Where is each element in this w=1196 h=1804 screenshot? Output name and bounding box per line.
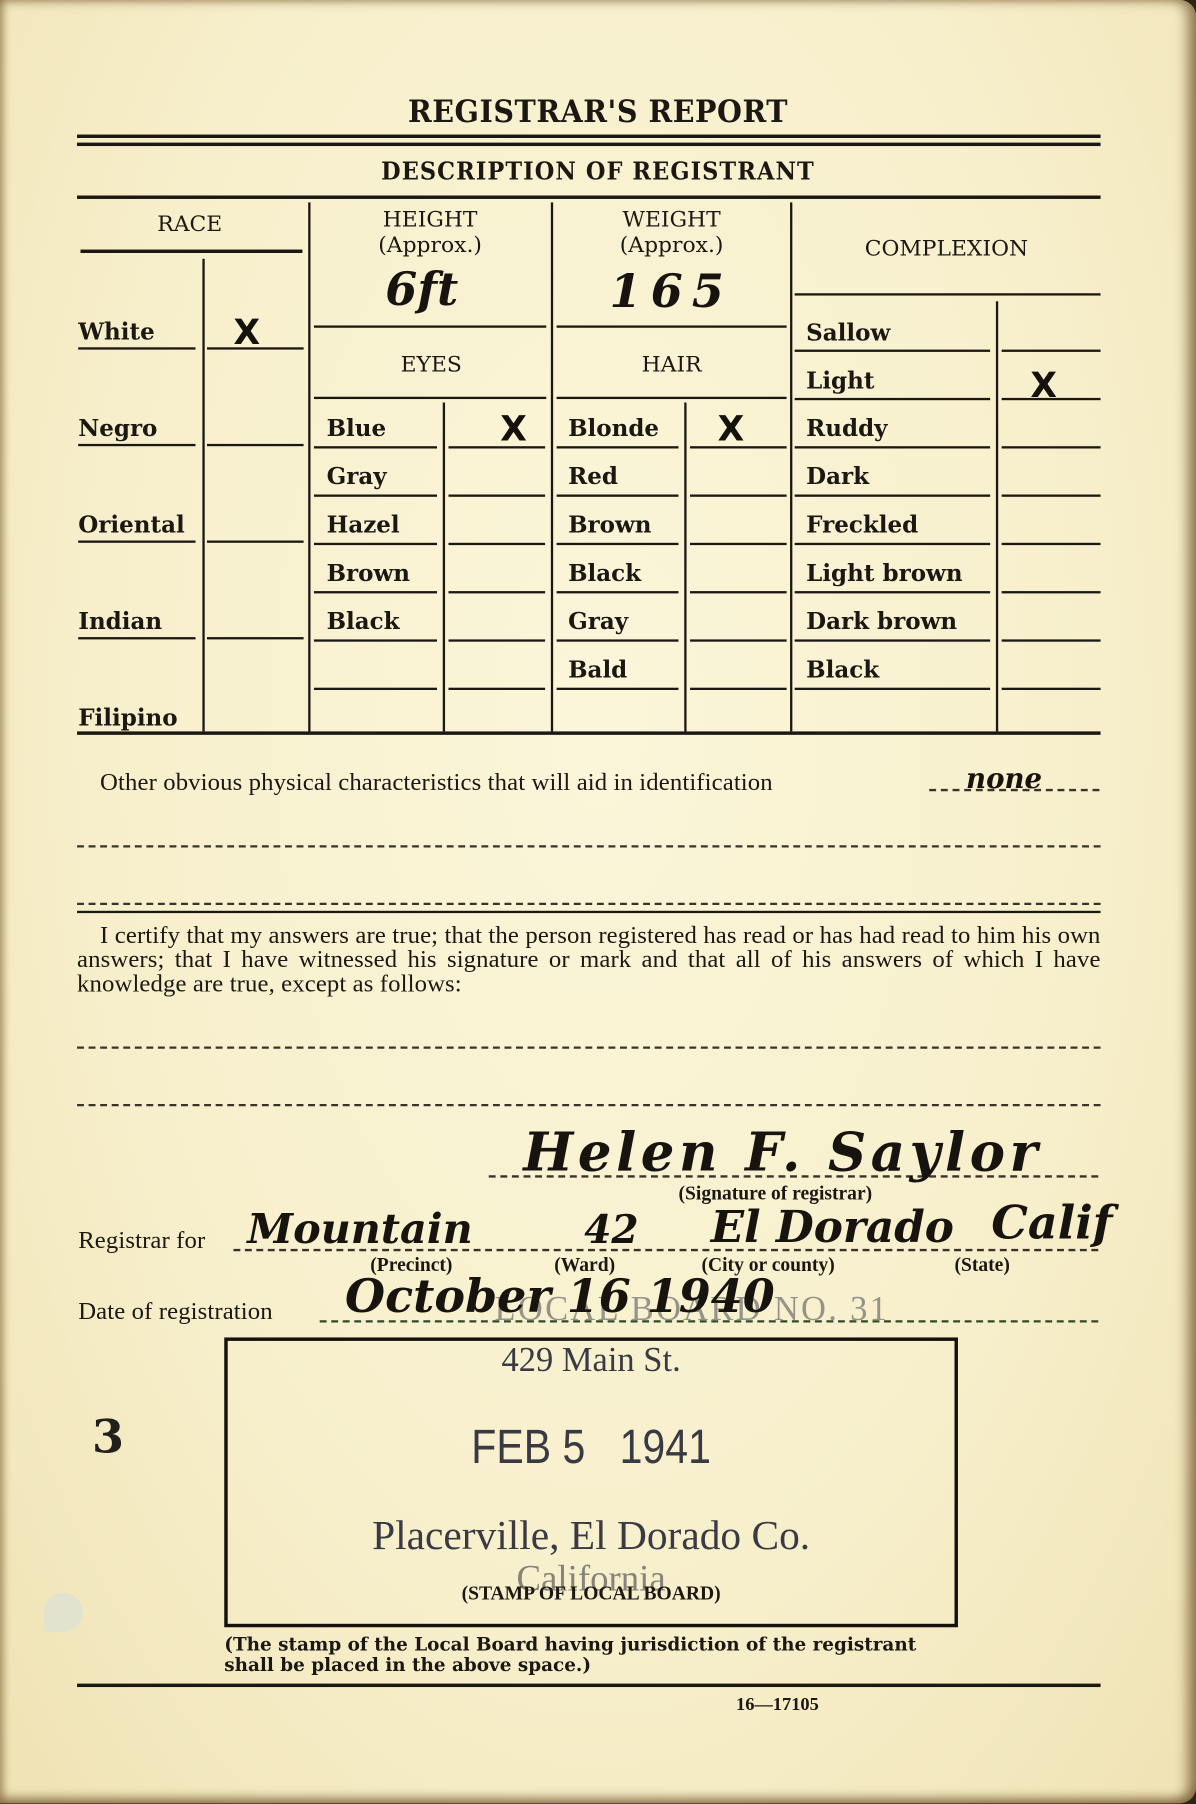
complexion-option-light-brown: Light brown xyxy=(806,559,962,587)
page-title: REGISTRAR'S REPORT xyxy=(48,94,1148,130)
height-header: HEIGHT (Approx.) xyxy=(311,207,550,258)
stamp-note: (The stamp of the Local Board having jur… xyxy=(224,1634,972,1675)
complexion-option-freckled: Freckled xyxy=(806,511,918,539)
race-negro-checkbox[interactable] xyxy=(207,444,304,446)
complexion-header-rule xyxy=(795,293,1101,295)
precinct-value[interactable]: Mountain xyxy=(247,1205,472,1253)
hair-option-gray: Gray xyxy=(568,607,628,635)
exceptions-line-1[interactable] xyxy=(77,1047,1100,1049)
col-divider xyxy=(684,403,686,732)
eyes-option-black: Black xyxy=(327,607,400,635)
registrar-signature[interactable]: Helen F. Saylor xyxy=(523,1121,1042,1183)
date-of-registration-label: Date of registration xyxy=(78,1300,273,1324)
eyes-blue-checkbox[interactable]: X xyxy=(500,409,527,449)
complexion-header: COMPLEXION xyxy=(792,236,1100,261)
section-title: DESCRIPTION OF REGISTRANT xyxy=(42,156,1154,185)
hair-option-bald: Bald xyxy=(568,656,627,684)
hair-header-rule xyxy=(557,397,787,399)
stamp-caption: (STAMP OF LOCAL BOARD) xyxy=(228,1582,955,1605)
exceptions-line-2[interactable] xyxy=(77,1104,1100,1106)
race-option-indian: Indian xyxy=(78,607,162,635)
table-top-rule xyxy=(77,196,1100,199)
complexion-option-black: Black xyxy=(806,656,879,684)
col-divider xyxy=(202,259,204,732)
other-characteristics-label: Other obvious physical characteristics t… xyxy=(100,771,773,795)
race-header-rule xyxy=(81,250,303,253)
col-divider xyxy=(551,202,553,731)
complexion-option-dark: Dark xyxy=(806,462,869,490)
hair-option-brown: Brown xyxy=(568,511,651,539)
state-caption: (State) xyxy=(955,1254,1010,1277)
other-characteristics-line-2[interactable] xyxy=(77,845,1100,847)
race-white-checkbox[interactable]: X xyxy=(233,313,260,353)
hair-blonde-checkbox[interactable]: X xyxy=(718,409,745,449)
table-bottom-rule xyxy=(77,731,1100,734)
weight-header: WEIGHT (Approx.) xyxy=(553,207,790,258)
registration-card: REGISTRAR'S REPORT DESCRIPTION OF REGIST… xyxy=(0,0,1196,1803)
eyes-header-rule xyxy=(314,397,546,399)
race-header: RACE xyxy=(81,212,300,237)
hair-option-blonde: Blonde xyxy=(568,414,659,442)
race-option-oriental: Oriental xyxy=(78,511,185,539)
title-double-rule-bottom xyxy=(77,143,1100,146)
certification-text: I certify that my answers are true; that… xyxy=(77,923,1100,995)
height-value[interactable]: 6ft xyxy=(385,262,458,316)
complexion-option-dark-brown: Dark brown xyxy=(806,607,957,635)
weight-value[interactable]: 165 xyxy=(610,265,734,319)
hair-option-red: Red xyxy=(568,462,618,490)
stamp-city: Placerville, El Dorado Co. xyxy=(228,1511,955,1559)
margin-mark: 3 xyxy=(92,1410,124,1464)
col-divider xyxy=(308,202,310,731)
stamp-address: 429 Main St. xyxy=(228,1341,955,1380)
form-number: 16—17105 xyxy=(736,1695,819,1716)
paper-stain xyxy=(44,1593,83,1632)
other-characteristics-line-3[interactable] xyxy=(77,903,1100,905)
complexion-option-light: Light xyxy=(806,367,874,395)
eyes-option-blue: Blue xyxy=(327,414,387,442)
col-divider xyxy=(790,202,792,731)
weight-rule xyxy=(557,325,787,327)
height-rule xyxy=(314,325,546,327)
other-characteristics-value[interactable]: none xyxy=(966,761,1042,794)
stamp-date: FEB 5 1941 xyxy=(282,1419,900,1474)
state-value[interactable]: Calif xyxy=(991,1196,1112,1250)
race-option-filipino: Filipino xyxy=(78,704,177,732)
eyes-option-gray: Gray xyxy=(327,462,387,490)
col-divider xyxy=(996,301,998,731)
race-indian-checkbox[interactable] xyxy=(207,637,304,639)
complexion-option-ruddy: Ruddy xyxy=(806,414,887,442)
date-of-registration-value[interactable]: October 16 1940 xyxy=(345,1270,775,1324)
eyes-header: EYES xyxy=(311,352,553,377)
col-divider xyxy=(443,403,445,732)
local-board-stamp-box: 429 Main St. FEB 5 1941 Placerville, El … xyxy=(224,1337,958,1627)
city-county-value[interactable]: El Dorado xyxy=(711,1201,954,1253)
ward-value[interactable]: 42 xyxy=(584,1208,638,1254)
title-double-rule-top xyxy=(77,135,1100,138)
race-oriental-checkbox[interactable] xyxy=(207,541,304,543)
eyes-option-brown: Brown xyxy=(327,559,410,587)
hair-header: HAIR xyxy=(553,352,790,377)
hair-option-black: Black xyxy=(568,559,641,587)
race-option-white: White xyxy=(78,317,155,345)
registrar-for-label: Registrar for xyxy=(78,1228,205,1252)
eyes-option-hazel: Hazel xyxy=(327,511,400,539)
race-option-negro: Negro xyxy=(78,414,157,442)
complexion-option-sallow: Sallow xyxy=(806,319,890,347)
